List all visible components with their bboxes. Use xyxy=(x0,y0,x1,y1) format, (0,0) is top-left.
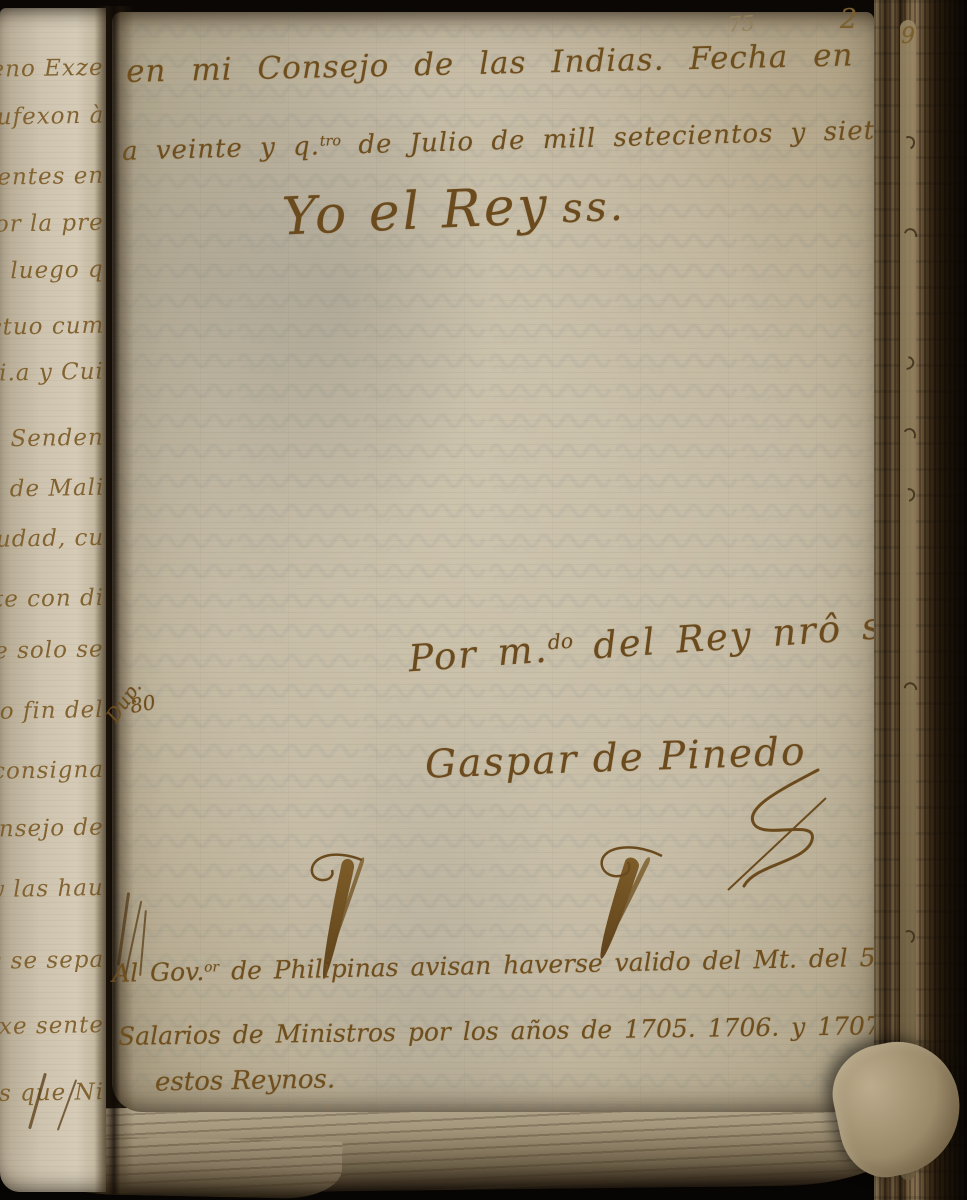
left-page-line: de que solo se xyxy=(0,636,104,665)
book-fore-edge xyxy=(874,0,967,1200)
left-page-line: e Naufexon à xyxy=(0,103,104,132)
royal-signature-text: Yo el Rey xyxy=(281,176,551,248)
left-page-line: y las hau xyxy=(0,875,104,903)
folio-number-new-tens: 2 xyxy=(840,4,857,35)
folio-number-old: 75 xyxy=(727,11,755,37)
book-gutter-shadow xyxy=(94,6,134,1194)
left-page-line: Audi.a y Cui xyxy=(0,359,104,388)
left-page-line: Ciudad, cu xyxy=(0,525,104,553)
left-page-line: gueno Exze xyxy=(0,55,104,84)
left-page-line: xe sente xyxy=(0,1012,104,1040)
manuscript-photo: gueno Exzee Naufexon àrrientes enn por l… xyxy=(0,0,967,1200)
left-page-line: llos se sepa xyxy=(0,947,104,976)
superscript-abbreviation: tro xyxy=(320,133,342,150)
left-page-line: ando luego q xyxy=(0,257,104,286)
left-page-line: do fin del xyxy=(0,697,104,725)
left-page-line: ños de Mali xyxy=(0,475,104,504)
folio-number-new-ones: 9 xyxy=(901,24,915,49)
superscript-abbreviation: or xyxy=(204,959,219,975)
left-page: gueno Exzee Naufexon àrrientes enn por l… xyxy=(0,8,106,1192)
signature-flourish xyxy=(722,764,832,894)
left-page-line: n por la pre xyxy=(0,210,104,239)
left-page-line: rte con di xyxy=(0,585,104,613)
left-page-line: s que Ni xyxy=(0,1079,104,1107)
fore-edge-paper-strip xyxy=(900,20,916,1180)
left-page-line: ni Consejo de xyxy=(0,815,104,844)
superscript-abbreviation: do xyxy=(547,629,574,655)
left-page-line: s consigna xyxy=(0,757,104,785)
left-page-line: rrientes en xyxy=(0,163,104,191)
left-page-line: mpre Senden xyxy=(0,425,104,454)
summary-line-3: estos Reynos. xyxy=(155,1064,336,1097)
left-page-line: efectuo cum xyxy=(0,313,104,342)
royal-rubric: ss. xyxy=(561,182,627,233)
